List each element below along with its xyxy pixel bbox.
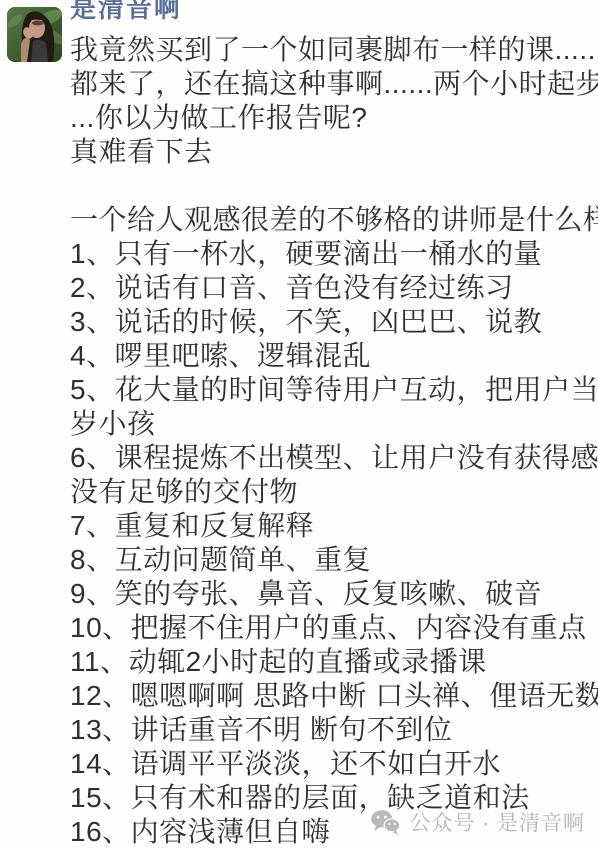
post-text-line: 12、嗯嗯啊啊 思路中断 口头禅、俚语无数 [70, 679, 594, 713]
post-text-line [70, 169, 594, 203]
post-text-line: 13、讲话重音不明 断句不到位 [70, 713, 594, 747]
watermark: 公众号 · 是清音啊 [370, 807, 585, 837]
post-text-line: 9、笑的夸张、鼻音、反复咳嗽、破音 [70, 577, 594, 611]
post-text-line: 5、花大量的时间等待用户互动，把用户当3 [70, 373, 594, 407]
post-text-line: 一个给人观感很差的不够格的讲师是什么样? [70, 203, 594, 237]
post-text-line: 11、动辄2小时起的直播或录播课 [70, 645, 594, 679]
post-text-line: 岁小孩 [70, 407, 594, 441]
avatar[interactable] [7, 7, 62, 62]
wechat-icon [370, 809, 400, 835]
post-text-line: 2、说话有口音、音色没有经过练习 [70, 271, 594, 305]
post-text-line: 7、重复和反复解释 [70, 509, 594, 543]
post-text-line: 都来了，还在搞这种事啊......两个小时起步... [70, 67, 594, 101]
post-text-line: 3、说话的时候，不笑，凶巴巴、说教 [70, 305, 594, 339]
post-text-line: 6、课程提炼不出模型、让用户没有获得感、 [70, 441, 594, 475]
post-text-line: 真难看下去 [70, 135, 594, 169]
post-text-line: 10、把握不住用户的重点、内容没有重点 [70, 611, 594, 645]
post-text: 我竟然买到了一个如同裹脚布一样的课......AI 都来了，还在搞这种事啊...… [70, 33, 594, 849]
post-text-line: ...你以为做工作报告呢? [70, 101, 594, 135]
avatar-photo-icon [7, 7, 62, 62]
wechat-post-screenshot: 是清音啊 我竟然买到了一个如同裹脚布一样的课......AI 都来了，还在搞这种… [0, 0, 598, 849]
post-text-line: 14、语调平平淡淡，还不如白开水 [70, 747, 594, 781]
post-content: 是清音啊 我竟然买到了一个如同裹脚布一样的课......AI 都来了，还在搞这种… [70, 0, 594, 849]
author-name[interactable]: 是清音啊 [70, 0, 594, 23]
post-text-line: 我竟然买到了一个如同裹脚布一样的课......AI [70, 33, 594, 67]
post-text-line: 1、只有一杯水，硬要滴出一桶水的量 [70, 237, 594, 271]
post-text-line: 4、啰里吧嗦、逻辑混乱 [70, 339, 594, 373]
post-text-line: 没有足够的交付物 [70, 475, 594, 509]
post-text-line: 8、互动问题简单、重复 [70, 543, 594, 577]
watermark-text: 公众号 · 是清音啊 [409, 807, 585, 837]
